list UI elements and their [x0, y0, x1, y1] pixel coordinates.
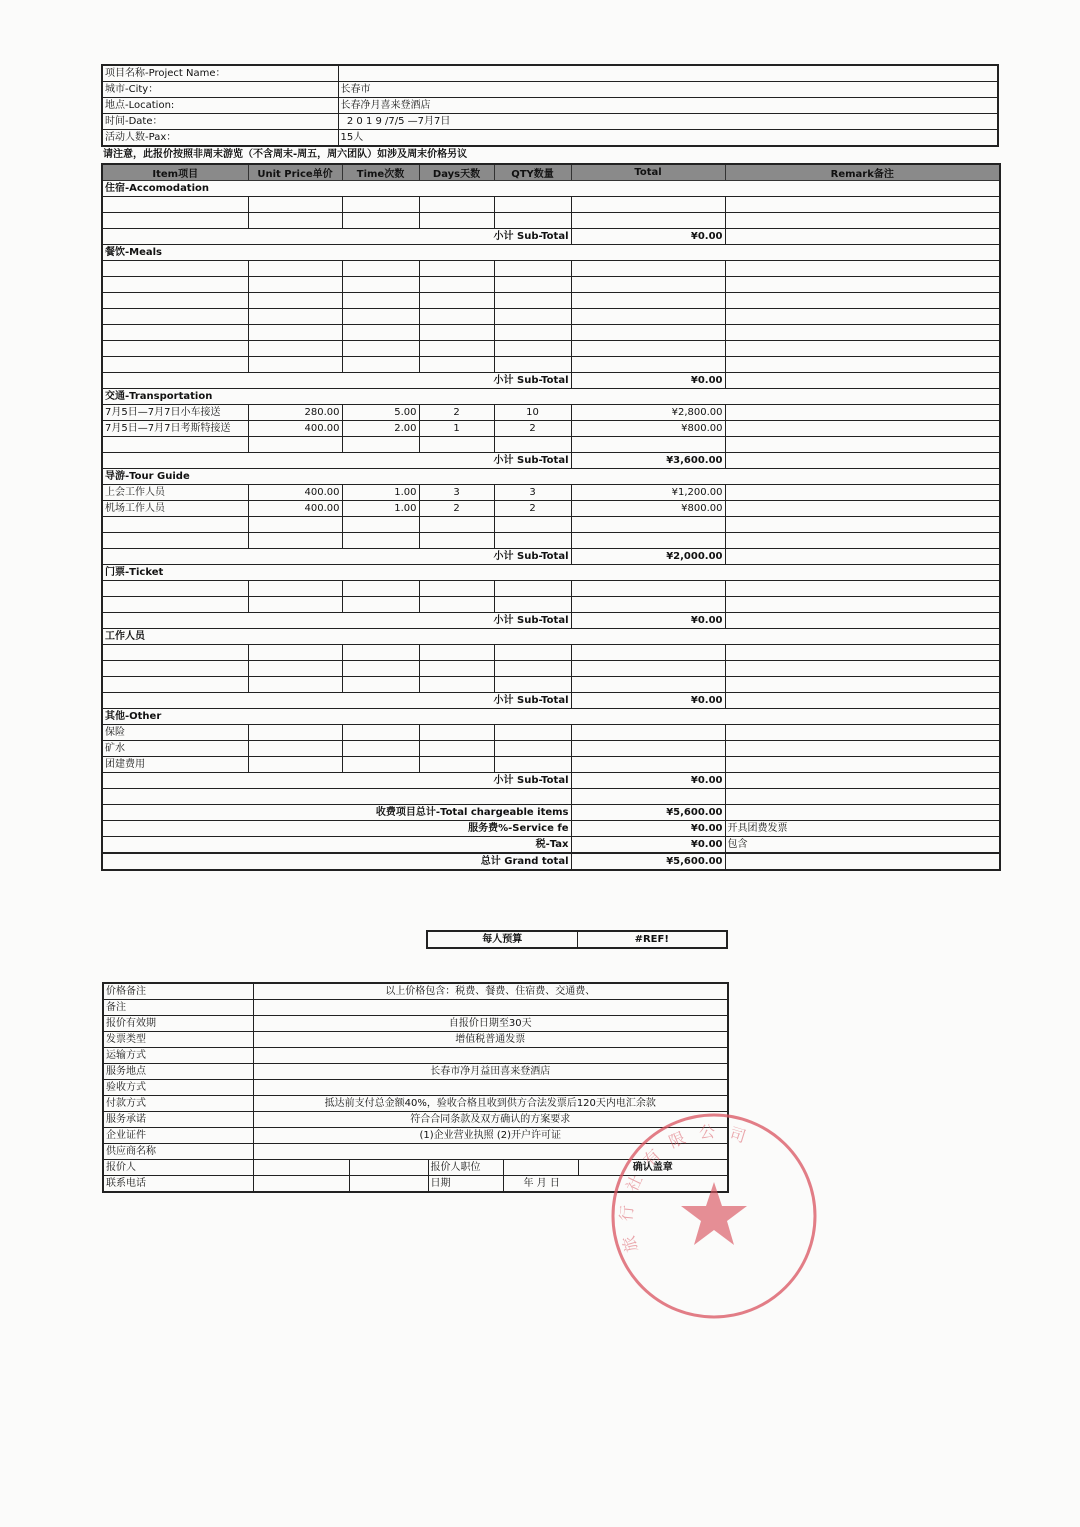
- table-cell[interactable]: [419, 437, 494, 453]
- table-cell[interactable]: [725, 533, 1000, 549]
- table-cell[interactable]: [248, 597, 342, 613]
- subtotal-remark: [725, 693, 1000, 709]
- subtotal-remark: [725, 453, 1000, 469]
- column-header: Total: [571, 164, 725, 181]
- table-row: [102, 357, 1000, 373]
- table-cell[interactable]: [494, 757, 571, 773]
- svg-text:旅 行 社 有 限 公 司: 旅 行 社 有 限 公 司: [616, 1122, 752, 1255]
- table-cell[interactable]: [571, 741, 725, 757]
- table-cell[interactable]: 10: [494, 405, 571, 421]
- table-cell[interactable]: [571, 757, 725, 773]
- phone-field[interactable]: [253, 1176, 349, 1193]
- table-row: [102, 213, 1000, 229]
- table-cell[interactable]: [725, 277, 1000, 293]
- table-cell[interactable]: [248, 757, 342, 773]
- table-cell[interactable]: [419, 645, 494, 661]
- section-header: 门票-Ticket: [102, 565, 1000, 581]
- table-cell[interactable]: 3: [419, 485, 494, 501]
- table-cell[interactable]: ¥800.00: [571, 421, 725, 437]
- table-cell[interactable]: 矿水: [102, 741, 248, 757]
- terms-row: 运输方式: [103, 1048, 728, 1064]
- table-cell[interactable]: [248, 741, 342, 757]
- table-cell[interactable]: 400.00: [248, 421, 342, 437]
- table-cell[interactable]: [419, 277, 494, 293]
- table-cell[interactable]: [248, 661, 342, 677]
- table-cell[interactable]: [342, 293, 419, 309]
- subtotal-value: ¥0.00: [571, 773, 725, 789]
- table-cell[interactable]: [494, 325, 571, 341]
- table-cell[interactable]: 团建费用: [102, 757, 248, 773]
- table-cell[interactable]: [725, 517, 1000, 533]
- table-cell[interactable]: 2: [494, 421, 571, 437]
- table-cell[interactable]: 2.00: [342, 421, 419, 437]
- table-cell[interactable]: 400.00: [248, 501, 342, 517]
- summary-label: 总计 Grand total: [102, 853, 571, 870]
- summary-value: ¥0.00: [571, 821, 725, 837]
- table-cell[interactable]: [571, 309, 725, 325]
- table-cell[interactable]: [725, 421, 1000, 437]
- section-header: 工作人员: [102, 629, 1000, 645]
- subtotal-row: 小计 Sub-Total¥0.00: [102, 693, 1000, 709]
- summary-remark: 包含: [725, 837, 1000, 854]
- table-cell[interactable]: [571, 357, 725, 373]
- table-cell[interactable]: ¥2,800.00: [571, 405, 725, 421]
- section-title: 餐饮-Meals: [102, 245, 1000, 261]
- table-row: 保险: [102, 725, 1000, 741]
- subtotal-label: 小计 Sub-Total: [102, 773, 571, 789]
- table-cell[interactable]: 1: [419, 421, 494, 437]
- subtotal-label: 小计 Sub-Total: [102, 373, 571, 389]
- info-label: 时间-Date：: [102, 114, 338, 130]
- table-cell[interactable]: [571, 341, 725, 357]
- table-cell[interactable]: [248, 677, 342, 693]
- table-cell[interactable]: [342, 437, 419, 453]
- info-value[interactable]: 15人: [338, 130, 998, 147]
- table-row: 团建费用: [102, 757, 1000, 773]
- table-cell[interactable]: 上会工作人员: [102, 485, 248, 501]
- table-cell[interactable]: [102, 293, 248, 309]
- terms-label: 供应商名称: [103, 1144, 253, 1160]
- table-cell[interactable]: [102, 197, 248, 213]
- table-cell[interactable]: [494, 309, 571, 325]
- table-row: 上会工作人员400.001.0033¥1,200.00: [102, 485, 1000, 501]
- summary-label: 税-Tax: [102, 837, 571, 854]
- table-cell[interactable]: [342, 597, 419, 613]
- summary-remark: [725, 805, 1000, 821]
- table-cell[interactable]: 7月5日—7月7日考斯特接送: [102, 421, 248, 437]
- table-cell[interactable]: [419, 341, 494, 357]
- table-row: 7月5日—7月7日考斯特接送400.002.0012¥800.00: [102, 421, 1000, 437]
- terms-value: 增值税普通发票: [253, 1032, 728, 1048]
- quoter-extra-field[interactable]: [349, 1160, 428, 1176]
- project-info-table: 项目名称-Project Name：城市-City：长春市地点-Location…: [101, 64, 999, 147]
- section-title: 导游-Tour Guide: [102, 469, 1000, 485]
- terms-label: 报价有效期: [103, 1016, 253, 1032]
- table-row: [102, 261, 1000, 277]
- table-cell[interactable]: [725, 741, 1000, 757]
- table-cell[interactable]: [248, 309, 342, 325]
- table-cell[interactable]: [494, 741, 571, 757]
- table-cell[interactable]: [102, 213, 248, 229]
- table-cell[interactable]: [494, 677, 571, 693]
- column-header: Time次数: [342, 164, 419, 181]
- summary-value: ¥0.00: [571, 837, 725, 854]
- terms-label: 服务地点: [103, 1064, 253, 1080]
- subtotal-row: 小计 Sub-Total¥0.00: [102, 229, 1000, 245]
- table-cell[interactable]: 2: [419, 405, 494, 421]
- table-cell[interactable]: [571, 725, 725, 741]
- info-label: 地点-Location:: [102, 98, 338, 114]
- table-cell[interactable]: [419, 757, 494, 773]
- table-cell[interactable]: [725, 437, 1000, 453]
- terms-row: 发票类型增值税普通发票: [103, 1032, 728, 1048]
- table-cell[interactable]: [571, 597, 725, 613]
- table-cell[interactable]: [248, 341, 342, 357]
- table-cell[interactable]: [342, 517, 419, 533]
- table-cell[interactable]: [342, 533, 419, 549]
- phone-extra-field[interactable]: [349, 1176, 428, 1193]
- terms-label: 价格备注: [103, 983, 253, 1000]
- quoter-name-field[interactable]: [253, 1160, 349, 1176]
- spacer-row: [102, 789, 1000, 805]
- subtotal-remark: [725, 773, 1000, 789]
- table-cell[interactable]: [419, 725, 494, 741]
- table-cell[interactable]: [342, 661, 419, 677]
- table-cell[interactable]: 5.00: [342, 405, 419, 421]
- per-person-budget: 每人预算 #REF!: [426, 930, 728, 949]
- summary-remark: 开具团费发票: [725, 821, 1000, 837]
- table-cell[interactable]: [342, 677, 419, 693]
- table-cell[interactable]: [725, 501, 1000, 517]
- table-cell[interactable]: [419, 357, 494, 373]
- table-cell[interactable]: ¥1,200.00: [571, 485, 725, 501]
- table-cell[interactable]: [494, 725, 571, 741]
- table-cell[interactable]: [342, 213, 419, 229]
- date-label: 日期: [428, 1176, 503, 1193]
- subtotal-value: ¥0.00: [571, 373, 725, 389]
- info-value[interactable]: 2 0 1 9 /7/5 —7月7日: [338, 114, 998, 130]
- table-cell[interactable]: [342, 725, 419, 741]
- table-cell[interactable]: [419, 517, 494, 533]
- table-cell[interactable]: [102, 277, 248, 293]
- table-cell[interactable]: [725, 325, 1000, 341]
- table-row: [102, 677, 1000, 693]
- table-cell[interactable]: [102, 261, 248, 277]
- subtotal-row: 小计 Sub-Total¥0.00: [102, 613, 1000, 629]
- quotation-document: 项目名称-Project Name：城市-City：长春市地点-Location…: [101, 64, 999, 871]
- table-cell[interactable]: [102, 533, 248, 549]
- table-row: [102, 437, 1000, 453]
- table-cell[interactable]: [342, 757, 419, 773]
- terms-label: 发票类型: [103, 1032, 253, 1048]
- terms-value: 长春市净月益田喜来登酒店: [253, 1064, 728, 1080]
- info-row: 活动人数-Pax：15人: [102, 130, 998, 147]
- table-cell[interactable]: [342, 277, 419, 293]
- table-cell[interactable]: [725, 677, 1000, 693]
- table-row: [102, 661, 1000, 677]
- table-cell[interactable]: [248, 197, 342, 213]
- table-cell[interactable]: 1.00: [342, 485, 419, 501]
- table-cell[interactable]: [419, 741, 494, 757]
- table-cell[interactable]: [571, 437, 725, 453]
- table-cell[interactable]: [102, 437, 248, 453]
- table-cell[interactable]: [494, 437, 571, 453]
- table-cell[interactable]: [102, 325, 248, 341]
- table-cell[interactable]: [571, 293, 725, 309]
- table-cell[interactable]: [419, 261, 494, 277]
- info-row: 时间-Date： 2 0 1 9 /7/5 —7月7日: [102, 114, 998, 130]
- table-cell[interactable]: [494, 517, 571, 533]
- table-cell[interactable]: [494, 581, 571, 597]
- subtotal-remark: [725, 549, 1000, 565]
- subtotal-value: ¥0.00: [571, 693, 725, 709]
- table-cell[interactable]: [494, 341, 571, 357]
- table-cell[interactable]: [342, 197, 419, 213]
- subtotal-remark: [725, 229, 1000, 245]
- table-cell[interactable]: [248, 581, 342, 597]
- table-cell[interactable]: [571, 261, 725, 277]
- table-row: [102, 645, 1000, 661]
- table-cell[interactable]: [342, 309, 419, 325]
- table-cell[interactable]: [725, 357, 1000, 373]
- table-row: [102, 517, 1000, 533]
- table-cell[interactable]: [419, 197, 494, 213]
- table-row: [102, 533, 1000, 549]
- section-title: 工作人员: [102, 629, 1000, 645]
- per-person-label: 每人预算: [427, 931, 577, 948]
- table-row: [102, 197, 1000, 213]
- table-cell[interactable]: [342, 261, 419, 277]
- terms-label: 验收方式: [103, 1080, 253, 1096]
- subtotal-value: ¥0.00: [571, 613, 725, 629]
- column-header: Item项目: [102, 164, 248, 181]
- table-cell[interactable]: [342, 581, 419, 597]
- summary-label: 服务费%-Service fe: [102, 821, 571, 837]
- info-label: 城市-City：: [102, 82, 338, 98]
- subtotal-row: 小计 Sub-Total¥3,600.00: [102, 453, 1000, 469]
- table-cell[interactable]: [725, 661, 1000, 677]
- subtotal-value: ¥2,000.00: [571, 549, 725, 565]
- table-cell[interactable]: [571, 517, 725, 533]
- table-cell[interactable]: [102, 645, 248, 661]
- subtotal-value: ¥0.00: [571, 229, 725, 245]
- table-cell[interactable]: [248, 293, 342, 309]
- subtotal-label: 小计 Sub-Total: [102, 453, 571, 469]
- table-cell[interactable]: [725, 309, 1000, 325]
- table-cell[interactable]: [248, 437, 342, 453]
- quoter-position-field[interactable]: [503, 1160, 578, 1176]
- terms-row: 备注: [103, 1000, 728, 1016]
- info-value[interactable]: 长春净月喜来登酒店: [338, 98, 998, 114]
- info-value[interactable]: [338, 65, 998, 82]
- table-cell[interactable]: [419, 581, 494, 597]
- table-cell[interactable]: [342, 741, 419, 757]
- quoter-label: 报价人: [103, 1160, 253, 1176]
- summary-remark: [725, 853, 1000, 870]
- terms-label: 付款方式: [103, 1096, 253, 1112]
- table-cell[interactable]: [571, 325, 725, 341]
- table-row: [102, 309, 1000, 325]
- terms-value: 自报价日期至30天: [253, 1016, 728, 1032]
- table-cell[interactable]: [494, 597, 571, 613]
- info-label: 项目名称-Project Name：: [102, 65, 338, 82]
- table-row: [102, 325, 1000, 341]
- table-cell[interactable]: [571, 645, 725, 661]
- table-cell[interactable]: 400.00: [248, 485, 342, 501]
- table-row: [102, 277, 1000, 293]
- table-cell[interactable]: [725, 725, 1000, 741]
- table-cell[interactable]: [725, 757, 1000, 773]
- table-cell[interactable]: [102, 309, 248, 325]
- table-cell[interactable]: [342, 325, 419, 341]
- table-row: [102, 293, 1000, 309]
- summary-row: 服务费%-Service fe¥0.00开具团费发票: [102, 821, 1000, 837]
- table-cell[interactable]: 7月5日—7月7日小车接送: [102, 405, 248, 421]
- terms-label: 企业证件: [103, 1128, 253, 1144]
- table-cell[interactable]: [494, 213, 571, 229]
- table-cell[interactable]: [725, 197, 1000, 213]
- table-cell[interactable]: [571, 533, 725, 549]
- table-cell[interactable]: [102, 677, 248, 693]
- column-header: Unit Price单价: [248, 164, 342, 181]
- table-cell[interactable]: [494, 357, 571, 373]
- column-header: Remark备注: [725, 164, 1000, 181]
- table-cell[interactable]: [725, 213, 1000, 229]
- table-header: Item项目Unit Price单价Time次数Days天数QTY数量Total…: [102, 164, 1000, 181]
- table-row: 矿水: [102, 741, 1000, 757]
- table-cell[interactable]: [571, 213, 725, 229]
- info-value[interactable]: 长春市: [338, 82, 998, 98]
- table-cell[interactable]: [494, 645, 571, 661]
- table-cell[interactable]: [725, 261, 1000, 277]
- table-cell[interactable]: [571, 277, 725, 293]
- summary-label: 收费项目总计-Total chargeable items: [102, 805, 571, 821]
- table-cell[interactable]: [248, 533, 342, 549]
- table-cell[interactable]: [248, 645, 342, 661]
- terms-label: 运输方式: [103, 1048, 253, 1064]
- table-cell[interactable]: 3: [494, 485, 571, 501]
- table-cell[interactable]: 保险: [102, 725, 248, 741]
- table-cell[interactable]: [725, 581, 1000, 597]
- info-row: 城市-City：长春市: [102, 82, 998, 98]
- table-cell[interactable]: [571, 581, 725, 597]
- table-cell[interactable]: [725, 645, 1000, 661]
- table-cell[interactable]: [419, 293, 494, 309]
- table-row: 7月5日—7月7日小车接送280.005.00210¥2,800.00: [102, 405, 1000, 421]
- quoter-position-label: 报价人职位: [428, 1160, 503, 1176]
- table-cell[interactable]: [725, 405, 1000, 421]
- info-row: 项目名称-Project Name：: [102, 65, 998, 82]
- table-cell[interactable]: [419, 325, 494, 341]
- table-cell[interactable]: [419, 213, 494, 229]
- table-cell[interactable]: [248, 213, 342, 229]
- table-row: 机场工作人员400.001.0022¥800.00: [102, 501, 1000, 517]
- section-header: 餐饮-Meals: [102, 245, 1000, 261]
- subtotal-label: 小计 Sub-Total: [102, 613, 571, 629]
- table-cell[interactable]: [571, 197, 725, 213]
- section-header: 住宿-Accomodation: [102, 181, 1000, 197]
- table-cell[interactable]: [342, 357, 419, 373]
- section-header: 导游-Tour Guide: [102, 469, 1000, 485]
- subtotal-label: 小计 Sub-Total: [102, 229, 571, 245]
- table-cell[interactable]: [725, 341, 1000, 357]
- terms-value: [253, 1080, 728, 1096]
- table-cell[interactable]: [419, 309, 494, 325]
- company-seal-icon: 旅 行 社 有 限 公 司: [608, 1110, 820, 1322]
- table-cell[interactable]: [248, 357, 342, 373]
- summary-row: 总计 Grand total¥5,600.00: [102, 853, 1000, 870]
- table-cell[interactable]: [248, 261, 342, 277]
- summary-value: ¥5,600.00: [571, 805, 725, 821]
- table-cell[interactable]: [725, 485, 1000, 501]
- table-cell[interactable]: [571, 661, 725, 677]
- table-cell[interactable]: [248, 517, 342, 533]
- subtotal-row: 小计 Sub-Total¥2,000.00: [102, 549, 1000, 565]
- terms-row: 服务地点长春市净月益田喜来登酒店: [103, 1064, 728, 1080]
- table-cell[interactable]: [248, 325, 342, 341]
- column-header: Days天数: [419, 164, 494, 181]
- section-header: 交通-Transportation: [102, 389, 1000, 405]
- info-row: 地点-Location:长春净月喜来登酒店: [102, 98, 998, 114]
- table-cell[interactable]: [494, 293, 571, 309]
- subtotal-row: 小计 Sub-Total¥0.00: [102, 373, 1000, 389]
- table-cell[interactable]: [725, 597, 1000, 613]
- terms-value: 以上价格包含：税费、餐费、住宿费、交通费、: [253, 983, 728, 1000]
- subtotal-remark: [725, 373, 1000, 389]
- table-cell[interactable]: [494, 277, 571, 293]
- phone-label: 联系电话: [103, 1176, 253, 1193]
- summary-row: 收费项目总计-Total chargeable items¥5,600.00: [102, 805, 1000, 821]
- per-person-value: #REF!: [577, 931, 727, 948]
- table-cell[interactable]: 2: [419, 501, 494, 517]
- table-cell[interactable]: ¥800.00: [571, 501, 725, 517]
- table-cell[interactable]: [102, 581, 248, 597]
- section-title: 交通-Transportation: [102, 389, 1000, 405]
- subtotal-value: ¥3,600.00: [571, 453, 725, 469]
- table-cell[interactable]: [725, 293, 1000, 309]
- table-cell[interactable]: [494, 197, 571, 213]
- table-cell[interactable]: 2: [494, 501, 571, 517]
- terms-value: [253, 1000, 728, 1016]
- table-cell[interactable]: 机场工作人员: [102, 501, 248, 517]
- table-cell[interactable]: [342, 341, 419, 357]
- table-cell[interactable]: [248, 277, 342, 293]
- table-cell[interactable]: [419, 677, 494, 693]
- table-cell[interactable]: [248, 725, 342, 741]
- table-cell[interactable]: [342, 645, 419, 661]
- terms-row: 报价有效期自报价日期至30天: [103, 1016, 728, 1032]
- table-cell[interactable]: [102, 341, 248, 357]
- table-row: [102, 341, 1000, 357]
- cost-table: Item项目Unit Price单价Time次数Days天数QTY数量Total…: [101, 163, 1001, 871]
- table-cell[interactable]: [102, 597, 248, 613]
- section-title: 其他-Other: [102, 709, 1000, 725]
- table-cell[interactable]: [419, 533, 494, 549]
- table-cell[interactable]: [571, 677, 725, 693]
- table-cell[interactable]: 1.00: [342, 501, 419, 517]
- summary-row: 税-Tax¥0.00包含: [102, 837, 1000, 854]
- info-label: 活动人数-Pax：: [102, 130, 338, 147]
- table-cell[interactable]: [102, 517, 248, 533]
- table-cell[interactable]: [419, 597, 494, 613]
- table-cell[interactable]: [102, 661, 248, 677]
- table-cell[interactable]: [419, 661, 494, 677]
- table-cell[interactable]: [494, 661, 571, 677]
- table-cell[interactable]: 280.00: [248, 405, 342, 421]
- table-cell[interactable]: [494, 261, 571, 277]
- table-cell[interactable]: [494, 533, 571, 549]
- table-cell[interactable]: [102, 357, 248, 373]
